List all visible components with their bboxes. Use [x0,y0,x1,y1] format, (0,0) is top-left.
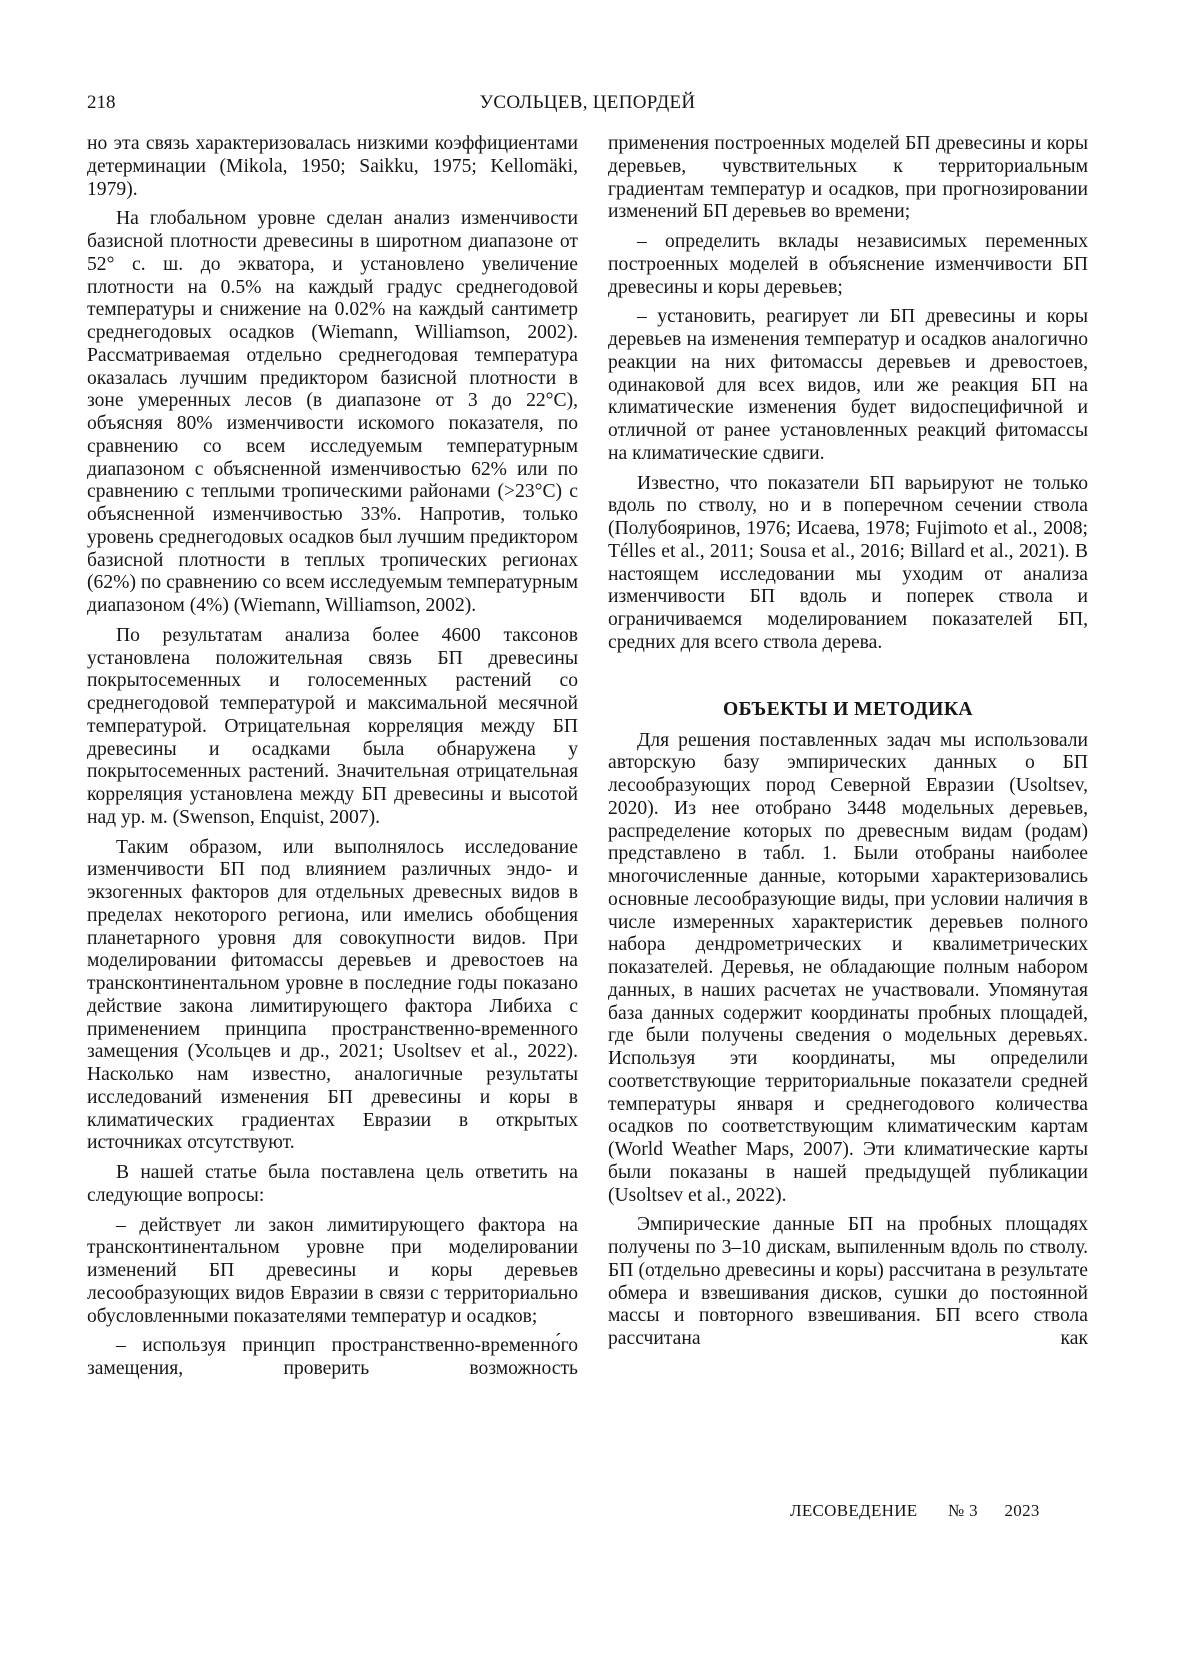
paragraph: Таким образом, или выполнялось исследова… [87,837,578,1156]
journal-issue: № 3 [948,1500,978,1522]
journal-year: 2023 [1004,1500,1039,1522]
section-heading-methods: ОБЪЕКТЫ И МЕТОДИКА [608,698,1088,722]
left-column: но эта связь характеризовалась низкими к… [87,133,578,1388]
list-item-question: – установить, реагирует ли БП древесины … [608,306,1088,465]
list-item-question: – используя принцип пространственно-врем… [87,1335,578,1381]
paragraph: На глобальном уровне сделан анализ измен… [87,208,578,618]
paragraph: но эта связь характеризовалась низкими к… [87,133,578,201]
journal-footer: ЛЕСОВЕДЕНИЕ № 3 2023 [790,1500,1040,1522]
paragraph: По результатам анализа более 4600 таксон… [87,625,578,830]
right-column: применения построенных моделей БП древес… [608,133,1088,1358]
paragraph: В нашей статье была поставлена цель отве… [87,1162,578,1208]
running-title-authors: УСОЛЬЦЕВ, ЦЕПОРДЕЙ [87,90,1088,116]
list-item-question: – определить вклады независимых переменн… [608,231,1088,299]
paragraph: Для решения поставленных задач мы исполь… [608,730,1088,1208]
list-item-question-continued: применения построенных моделей БП древес… [608,133,1088,224]
running-head: 218 УСОЛЬЦЕВ, ЦЕПОРДЕЙ [87,90,1088,116]
list-item-question: – действует ли закон лимитирующего факто… [87,1215,578,1329]
paragraph: Известно, что показатели БП варьируют не… [608,473,1088,655]
paragraph: Эмпирические данные БП на пробных площад… [608,1214,1088,1351]
journal-name: ЛЕСОВЕДЕНИЕ [790,1500,917,1522]
